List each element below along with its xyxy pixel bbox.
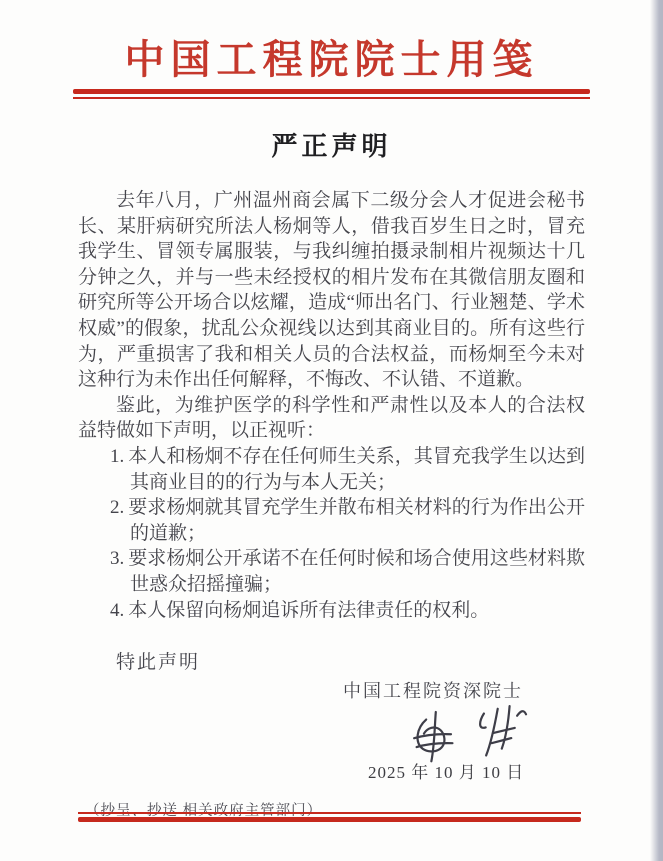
list-item-1-number: 1. bbox=[110, 446, 128, 467]
list-item-4-text: 本人保留向杨炯追诉所有法律责任的权利。 bbox=[128, 600, 489, 621]
list-item-1: 1.本人和杨炯不存在任何师生关系，其冒充我学生以达到其商业目的的行为与本人无关； bbox=[130, 444, 585, 495]
document-body: 去年八月，广州温州商会属下二级分会人才促进会秘书长、某肝病研究所法人杨炯等人，借… bbox=[78, 188, 585, 623]
list-item-2: 2.要求杨炯就其冒充学生并散布相关材料的行为作出公开的道歉； bbox=[130, 495, 585, 546]
letterhead-divider-thick-line bbox=[73, 89, 590, 94]
footer-divider bbox=[78, 812, 581, 822]
list-item-1-text: 本人和杨炯不存在任何师生关系，其冒充我学生以达到其商业目的的行为与本人无关； bbox=[128, 446, 585, 493]
paragraph-1: 去年八月，广州温州商会属下二级分会人才促进会秘书长、某肝病研究所法人杨炯等人，借… bbox=[78, 188, 585, 393]
signoff-title: 中国工程院资深院士 bbox=[0, 677, 523, 703]
list-item-3-text: 要求杨炯公开承诺不在任何时候和场合使用这些材料欺世惑众招摇撞骗； bbox=[128, 548, 585, 595]
letterhead-divider bbox=[73, 89, 590, 99]
list-item-3-number: 3. bbox=[110, 548, 128, 569]
letterhead-divider-thin-line bbox=[73, 97, 590, 99]
document-title: 严正声明 bbox=[0, 126, 663, 163]
list-item-4-number: 4. bbox=[110, 600, 128, 621]
handwritten-signature bbox=[404, 701, 547, 766]
list-item-4: 4.本人保留向杨炯追诉所有法律责任的权利。 bbox=[130, 598, 585, 624]
closing-statement: 特此声明 bbox=[78, 647, 585, 674]
list-item-2-text: 要求杨炯就其冒充学生并散布相关材料的行为作出公开的道歉； bbox=[128, 497, 585, 544]
list-item-2-number: 2. bbox=[110, 497, 128, 518]
letterhead-title: 中国工程院院士用笺 bbox=[40, 38, 623, 82]
paragraph-2: 鉴此，为维护医学的科学性和严肃性以及本人的合法权益特做如下声明，以正视听： bbox=[78, 393, 585, 444]
list-item-3: 3.要求杨炯公开承诺不在任何时候和场合使用这些材料欺世惑众招摇撞骗； bbox=[130, 546, 585, 597]
statement-letter-page: 中国工程院院士用笺 严正声明 去年八月，广州温州商会属下二级分会人才促进会秘书长… bbox=[0, 0, 663, 861]
footer-divider-thin-line bbox=[78, 812, 581, 814]
footer-divider-thick-line bbox=[78, 817, 581, 822]
paper-edge-shadow bbox=[650, 0, 663, 861]
